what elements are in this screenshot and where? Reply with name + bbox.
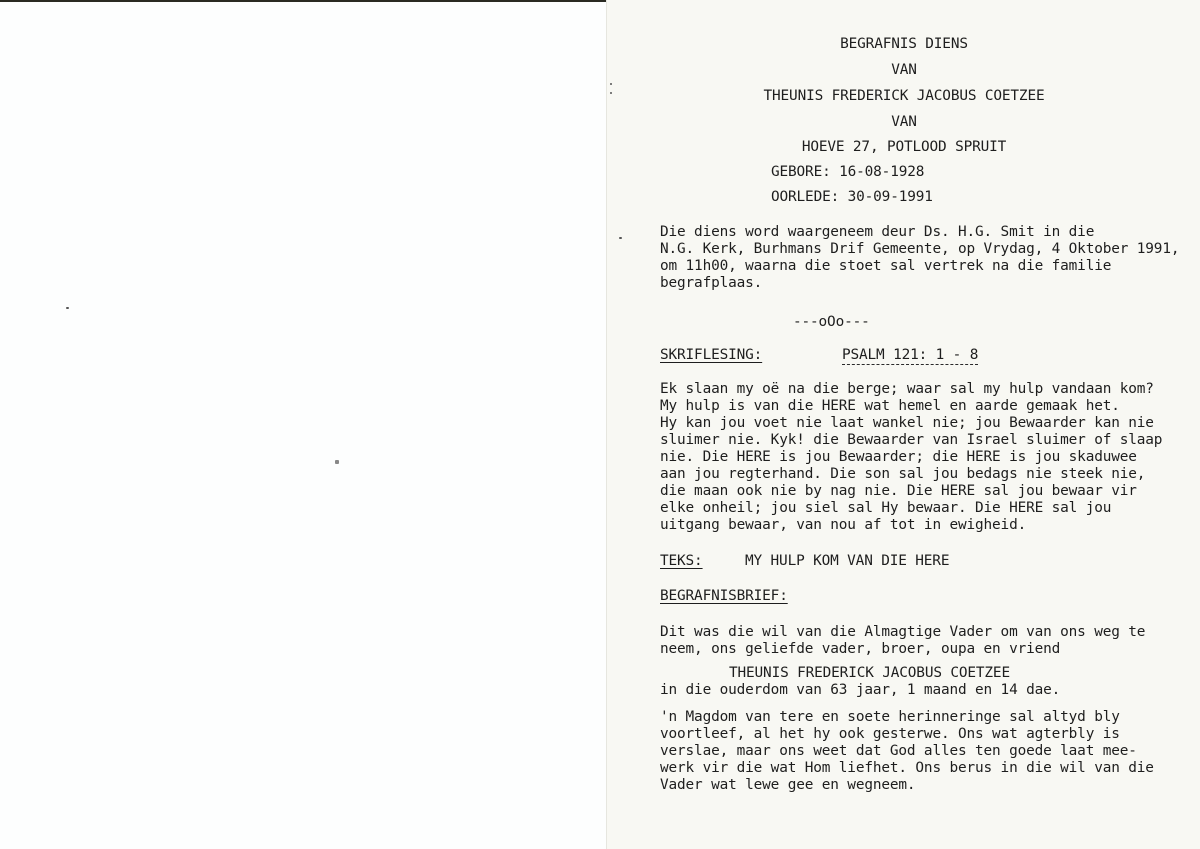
birth-date: GEBORE: 16-08-1928 xyxy=(771,164,924,181)
scripture-line: nie. Die HERE is jou Bewaarder; die HERE… xyxy=(660,449,1137,466)
scan-speck xyxy=(66,307,69,309)
scripture-line: My hulp is van die HERE wat hemel en aar… xyxy=(660,398,1120,415)
left-blank-page xyxy=(0,2,606,849)
scripture-line: die maan ook nie by nag nie. Die HERE sa… xyxy=(660,483,1137,500)
van-label: VAN xyxy=(607,114,1200,131)
scripture-line: sluimer nie. Kyk! die Bewaarder van Isra… xyxy=(660,432,1162,449)
text-value: MY HULP KOM VAN DIE HERE xyxy=(745,553,949,570)
letter-age-line: in die ouderdom van 63 jaar, 1 maand en … xyxy=(660,682,1060,699)
scripture-line: Hy kan jou voet nie laat wankel nie; jou… xyxy=(660,415,1154,432)
letter-closing-line: werk vir die wat Hom liefhet. Ons berus … xyxy=(660,760,1154,777)
van-label: VAN xyxy=(607,62,1200,79)
letter-intro-line: neem, ons geliefde vader, broer, oupa en… xyxy=(660,641,1060,658)
scripture-line: uitgang bewaar, van nou af tot in ewighe… xyxy=(660,517,1026,534)
funeral-letter-label: BEGRAFNISBRIEF: xyxy=(660,588,788,605)
scripture-line: elke onheil; jou siel sal Hy bewaar. Die… xyxy=(660,500,1111,517)
scan-speck xyxy=(619,237,622,239)
scripture-reference-text: PSALM 121: 1 - 8 xyxy=(842,347,978,365)
program-title: BEGRAFNIS DIENS xyxy=(607,36,1200,53)
letter-deceased-name: THEUNIS FREDERICK JACOBUS COETZEE xyxy=(729,665,1010,682)
service-line: Die diens word waargeneem deur Ds. H.G. … xyxy=(660,224,1094,241)
letter-closing-line: Vader wat lewe gee en wegneem. xyxy=(660,777,915,794)
scripture-line: Ek slaan my oë na die berge; waar sal my… xyxy=(660,381,1154,398)
service-line: begrafplaas. xyxy=(660,275,762,292)
scripture-line: aan jou regterhand. Die son sal jou beda… xyxy=(660,466,1145,483)
scan-speck xyxy=(335,460,339,464)
address: HOEVE 27, POTLOOD SPRUIT xyxy=(607,139,1200,156)
deceased-name: THEUNIS FREDERICK JACOBUS COETZEE xyxy=(607,88,1200,105)
service-line: om 11h00, waarna die stoet sal vertrek n… xyxy=(660,258,1111,275)
scan-speck xyxy=(610,83,612,85)
scripture-reference: PSALM 121: 1 - 8 xyxy=(842,347,978,364)
letter-closing-line: verslae, maar ons weet dat God alles ten… xyxy=(660,743,1137,760)
scripture-label: SKRIFLESING: xyxy=(660,347,762,364)
funeral-program-page: BEGRAFNIS DIENS VAN THEUNIS FREDERICK JA… xyxy=(606,0,1200,849)
letter-closing-line: voortleef, al het hy ook gesterwe. Ons w… xyxy=(660,726,1120,743)
letter-intro-line: Dit was die wil van die Almagtige Vader … xyxy=(660,624,1145,641)
service-line: N.G. Kerk, Burhmans Drif Gemeente, op Vr… xyxy=(660,241,1179,258)
separator: ---oOo--- xyxy=(793,314,870,331)
text-label: TEKS: xyxy=(660,553,703,570)
letter-closing-line: 'n Magdom van tere en soete herinneringe… xyxy=(660,709,1120,726)
death-date: OORLEDE: 30-09-1991 xyxy=(771,189,933,206)
